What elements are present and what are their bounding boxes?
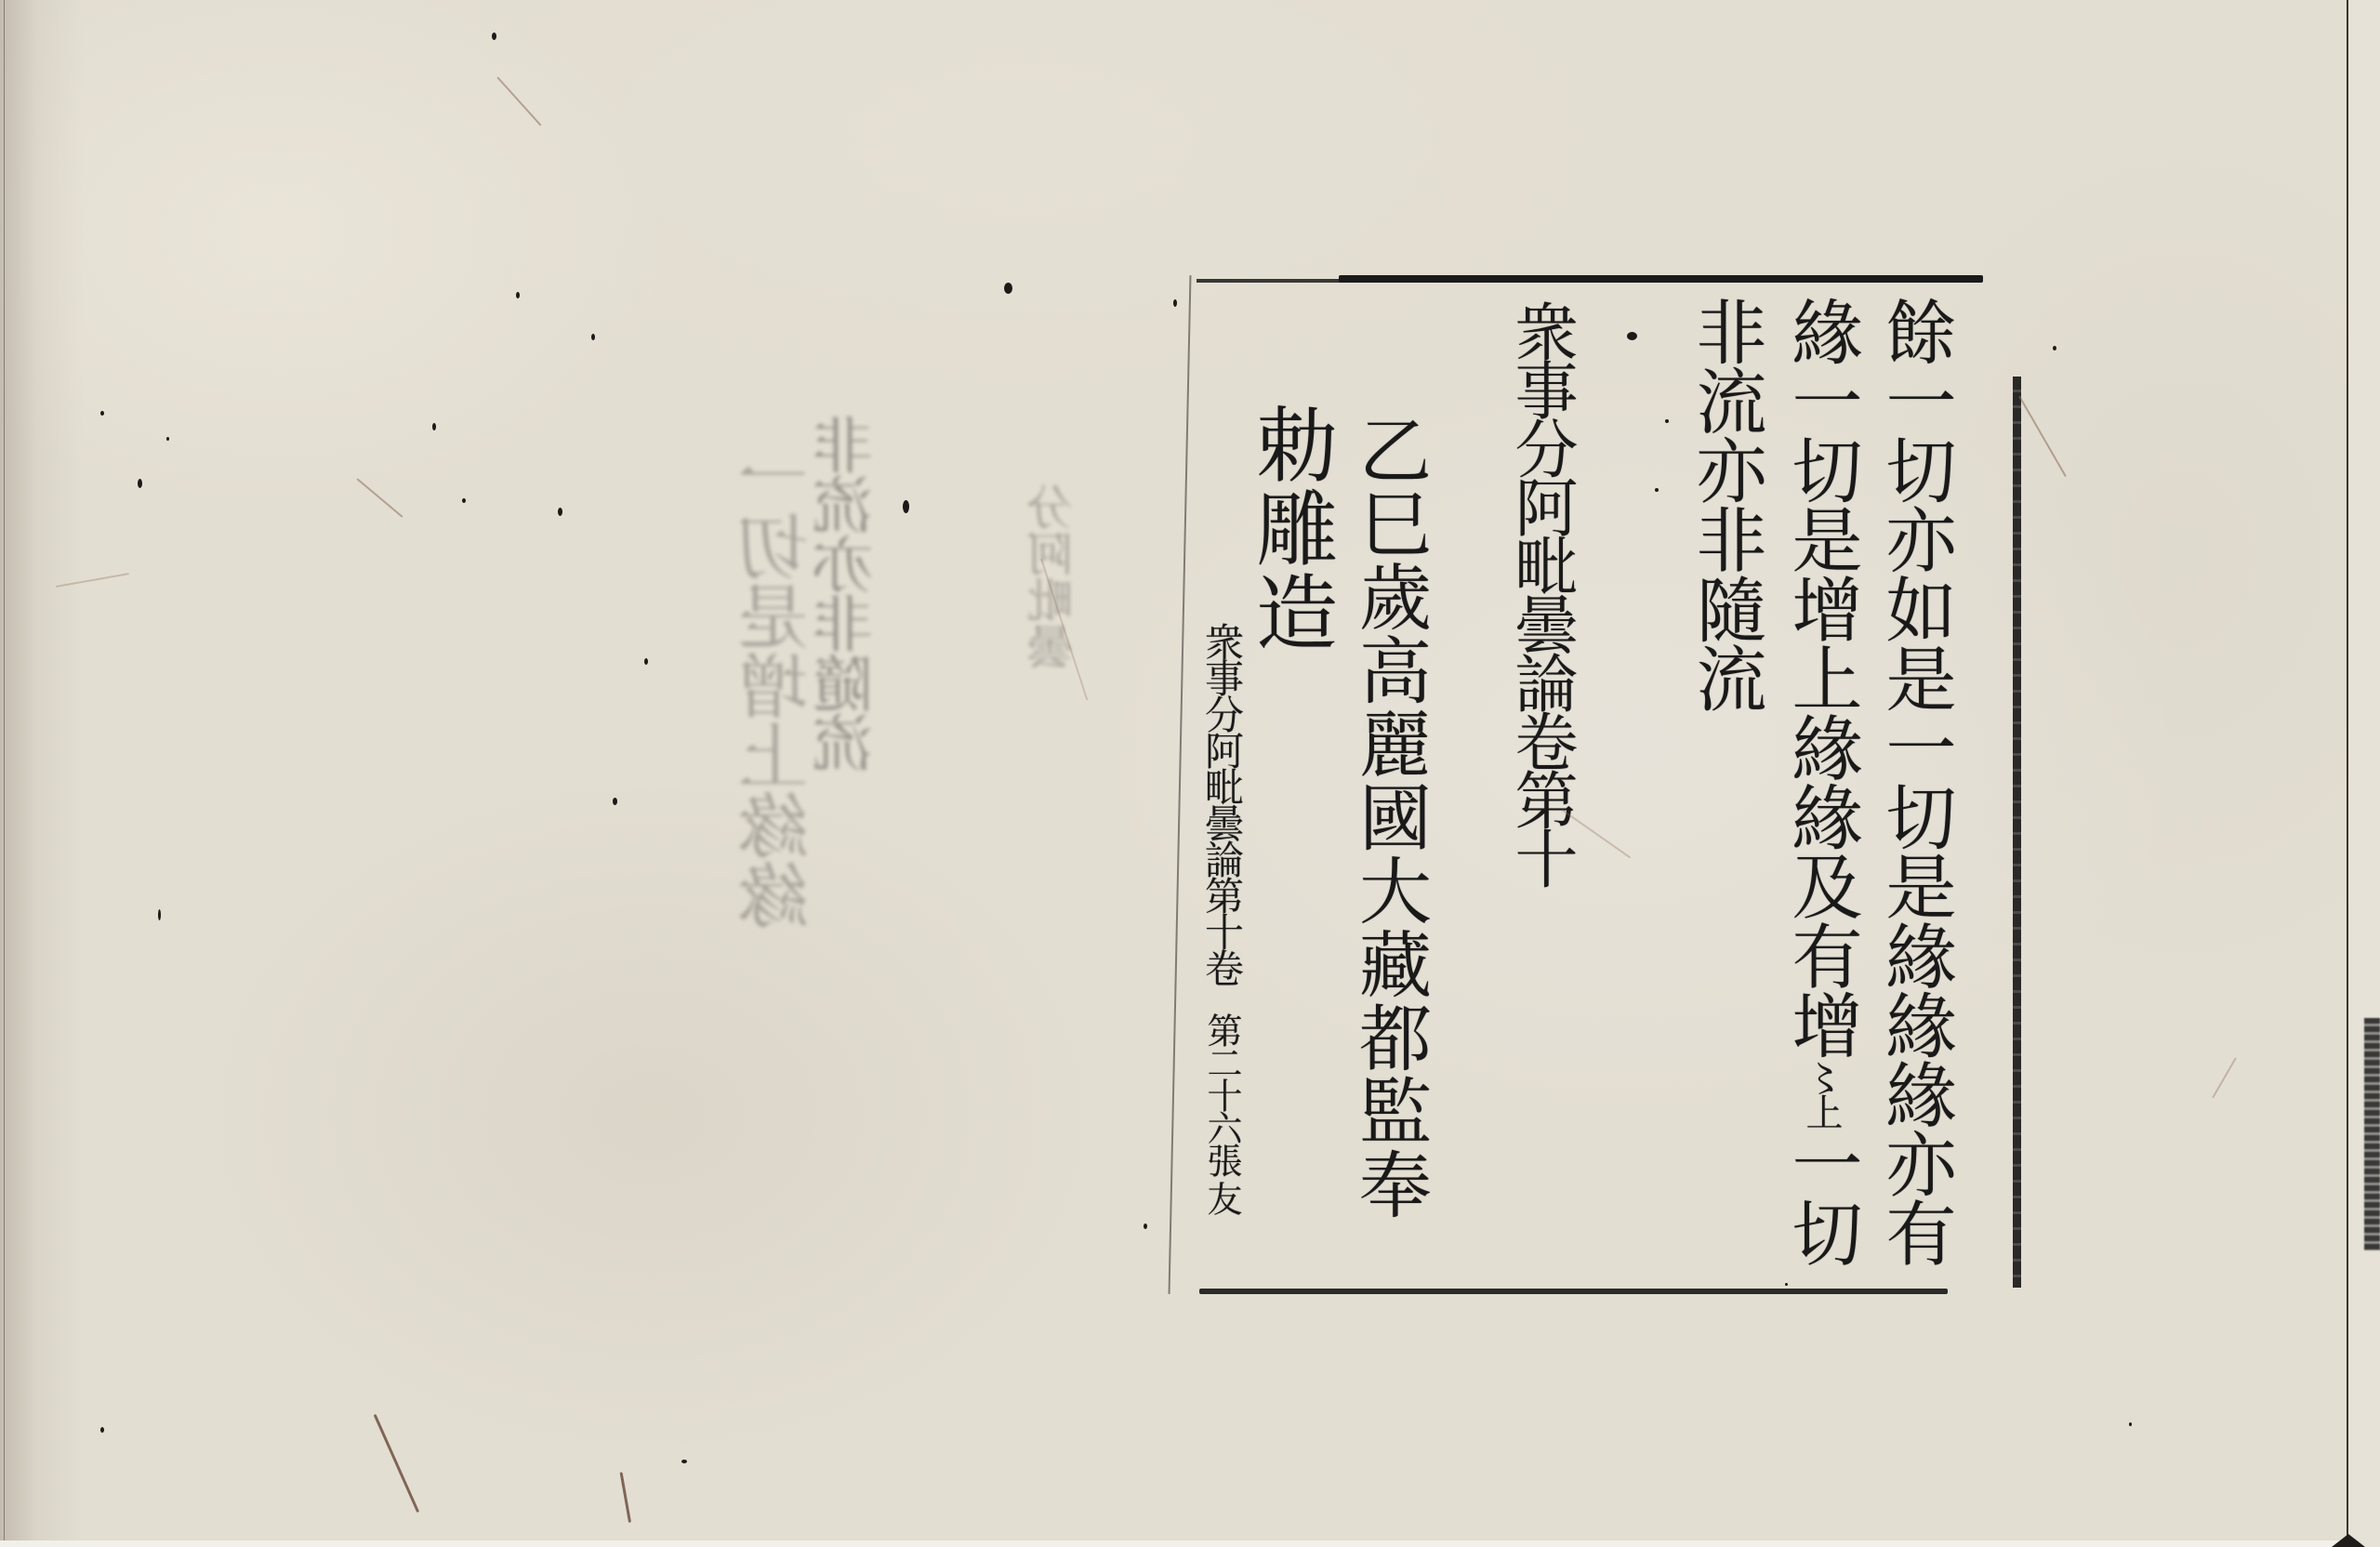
paper-speck bbox=[1655, 488, 1659, 492]
margin-volume-title: 衆事分阿毗曇論第十卷 bbox=[1202, 622, 1241, 985]
colophon-line-1: 乙巳歲高麗國大藏都監奉 bbox=[1353, 413, 1425, 1221]
paper-speck bbox=[681, 1460, 687, 1463]
scanned-page: 一切是增上緣緣 非流亦非隨流 分阿毗曇 餘一切亦如是一切是緣緣緣亦有 緣一切是增… bbox=[0, 0, 2380, 1547]
paper-speck bbox=[644, 658, 648, 665]
paper-speck bbox=[2053, 346, 2056, 350]
offset-impression-small: 分阿毗曇 bbox=[1030, 483, 1077, 669]
page-left-edge bbox=[4, 0, 5, 1547]
frame-top-border bbox=[1339, 275, 1983, 283]
paper-speck bbox=[1785, 1283, 1788, 1286]
paper-speck bbox=[558, 508, 562, 516]
paper-speck bbox=[1173, 299, 1177, 307]
paper-fiber bbox=[496, 76, 541, 126]
adjacent-page-ink-border bbox=[2364, 1018, 2380, 1250]
paper-speck bbox=[1004, 283, 1012, 294]
paper-speck bbox=[462, 498, 466, 503]
offset-impression-left: 一切是增上緣緣 bbox=[744, 441, 814, 929]
paper-speck bbox=[166, 437, 169, 441]
margin-label: 衆事分阿毗曇論第十卷 第二十六張 友 bbox=[1202, 622, 1241, 1216]
frame-right-border bbox=[2013, 377, 2021, 1288]
paper-speck bbox=[1665, 419, 1669, 423]
paper-fiber bbox=[374, 1414, 420, 1513]
scan-bottom-margin bbox=[0, 1540, 2380, 1547]
paper-fiber bbox=[2212, 1057, 2237, 1098]
text-column-1: 餘一切亦如是一切是緣緣緣亦有 bbox=[1880, 296, 1950, 1266]
margin-page-number: 第二十六張 bbox=[1204, 1012, 1239, 1175]
paper-speck bbox=[158, 909, 161, 920]
frame-left-border bbox=[1169, 275, 1192, 1294]
iteration-mark: 〻上 bbox=[1803, 1059, 1840, 1128]
text-column-2-end: 一切 bbox=[1786, 1128, 1857, 1266]
paper-fiber bbox=[2018, 396, 2067, 478]
frame-bottom-border bbox=[1199, 1289, 1948, 1294]
margin-case-mark: 友 bbox=[1204, 1181, 1239, 1216]
text-column-2-main: 緣一切是增上緣緣及有增 bbox=[1786, 296, 1857, 1059]
paper-fiber bbox=[356, 478, 403, 518]
paper-speck bbox=[516, 292, 520, 298]
paper-speck bbox=[138, 479, 142, 488]
paper-speck bbox=[432, 423, 436, 430]
offset-impression-middle: 非流亦非隨流 bbox=[818, 414, 879, 771]
frame-top-border-left bbox=[1197, 279, 1345, 283]
text-column-3: 非流亦非隨流 bbox=[1690, 296, 1761, 712]
paper-speck bbox=[903, 500, 909, 513]
paper-speck bbox=[591, 334, 595, 340]
page-corner-shadow bbox=[2332, 1534, 2365, 1547]
paper-speck bbox=[492, 33, 496, 40]
paper-fiber bbox=[56, 573, 129, 588]
paper-speck bbox=[2129, 1422, 2132, 1426]
paper-speck bbox=[100, 411, 104, 416]
paper-speck bbox=[613, 798, 617, 805]
page-fold-line bbox=[2347, 0, 2348, 1547]
text-column-2: 緣一切是增上緣緣及有增 〻上 一切 bbox=[1786, 296, 1857, 1266]
paper-fiber bbox=[620, 1472, 632, 1523]
colophon-line-2: 勅雕造 bbox=[1249, 403, 1331, 654]
scroll-title: 衆事分阿毗曇論卷第十 bbox=[1509, 299, 1572, 885]
paper-speck bbox=[1627, 332, 1637, 340]
paper-speck bbox=[100, 1427, 104, 1433]
paper-speck bbox=[1144, 1223, 1147, 1229]
adjacent-page-strip bbox=[2348, 0, 2380, 1547]
